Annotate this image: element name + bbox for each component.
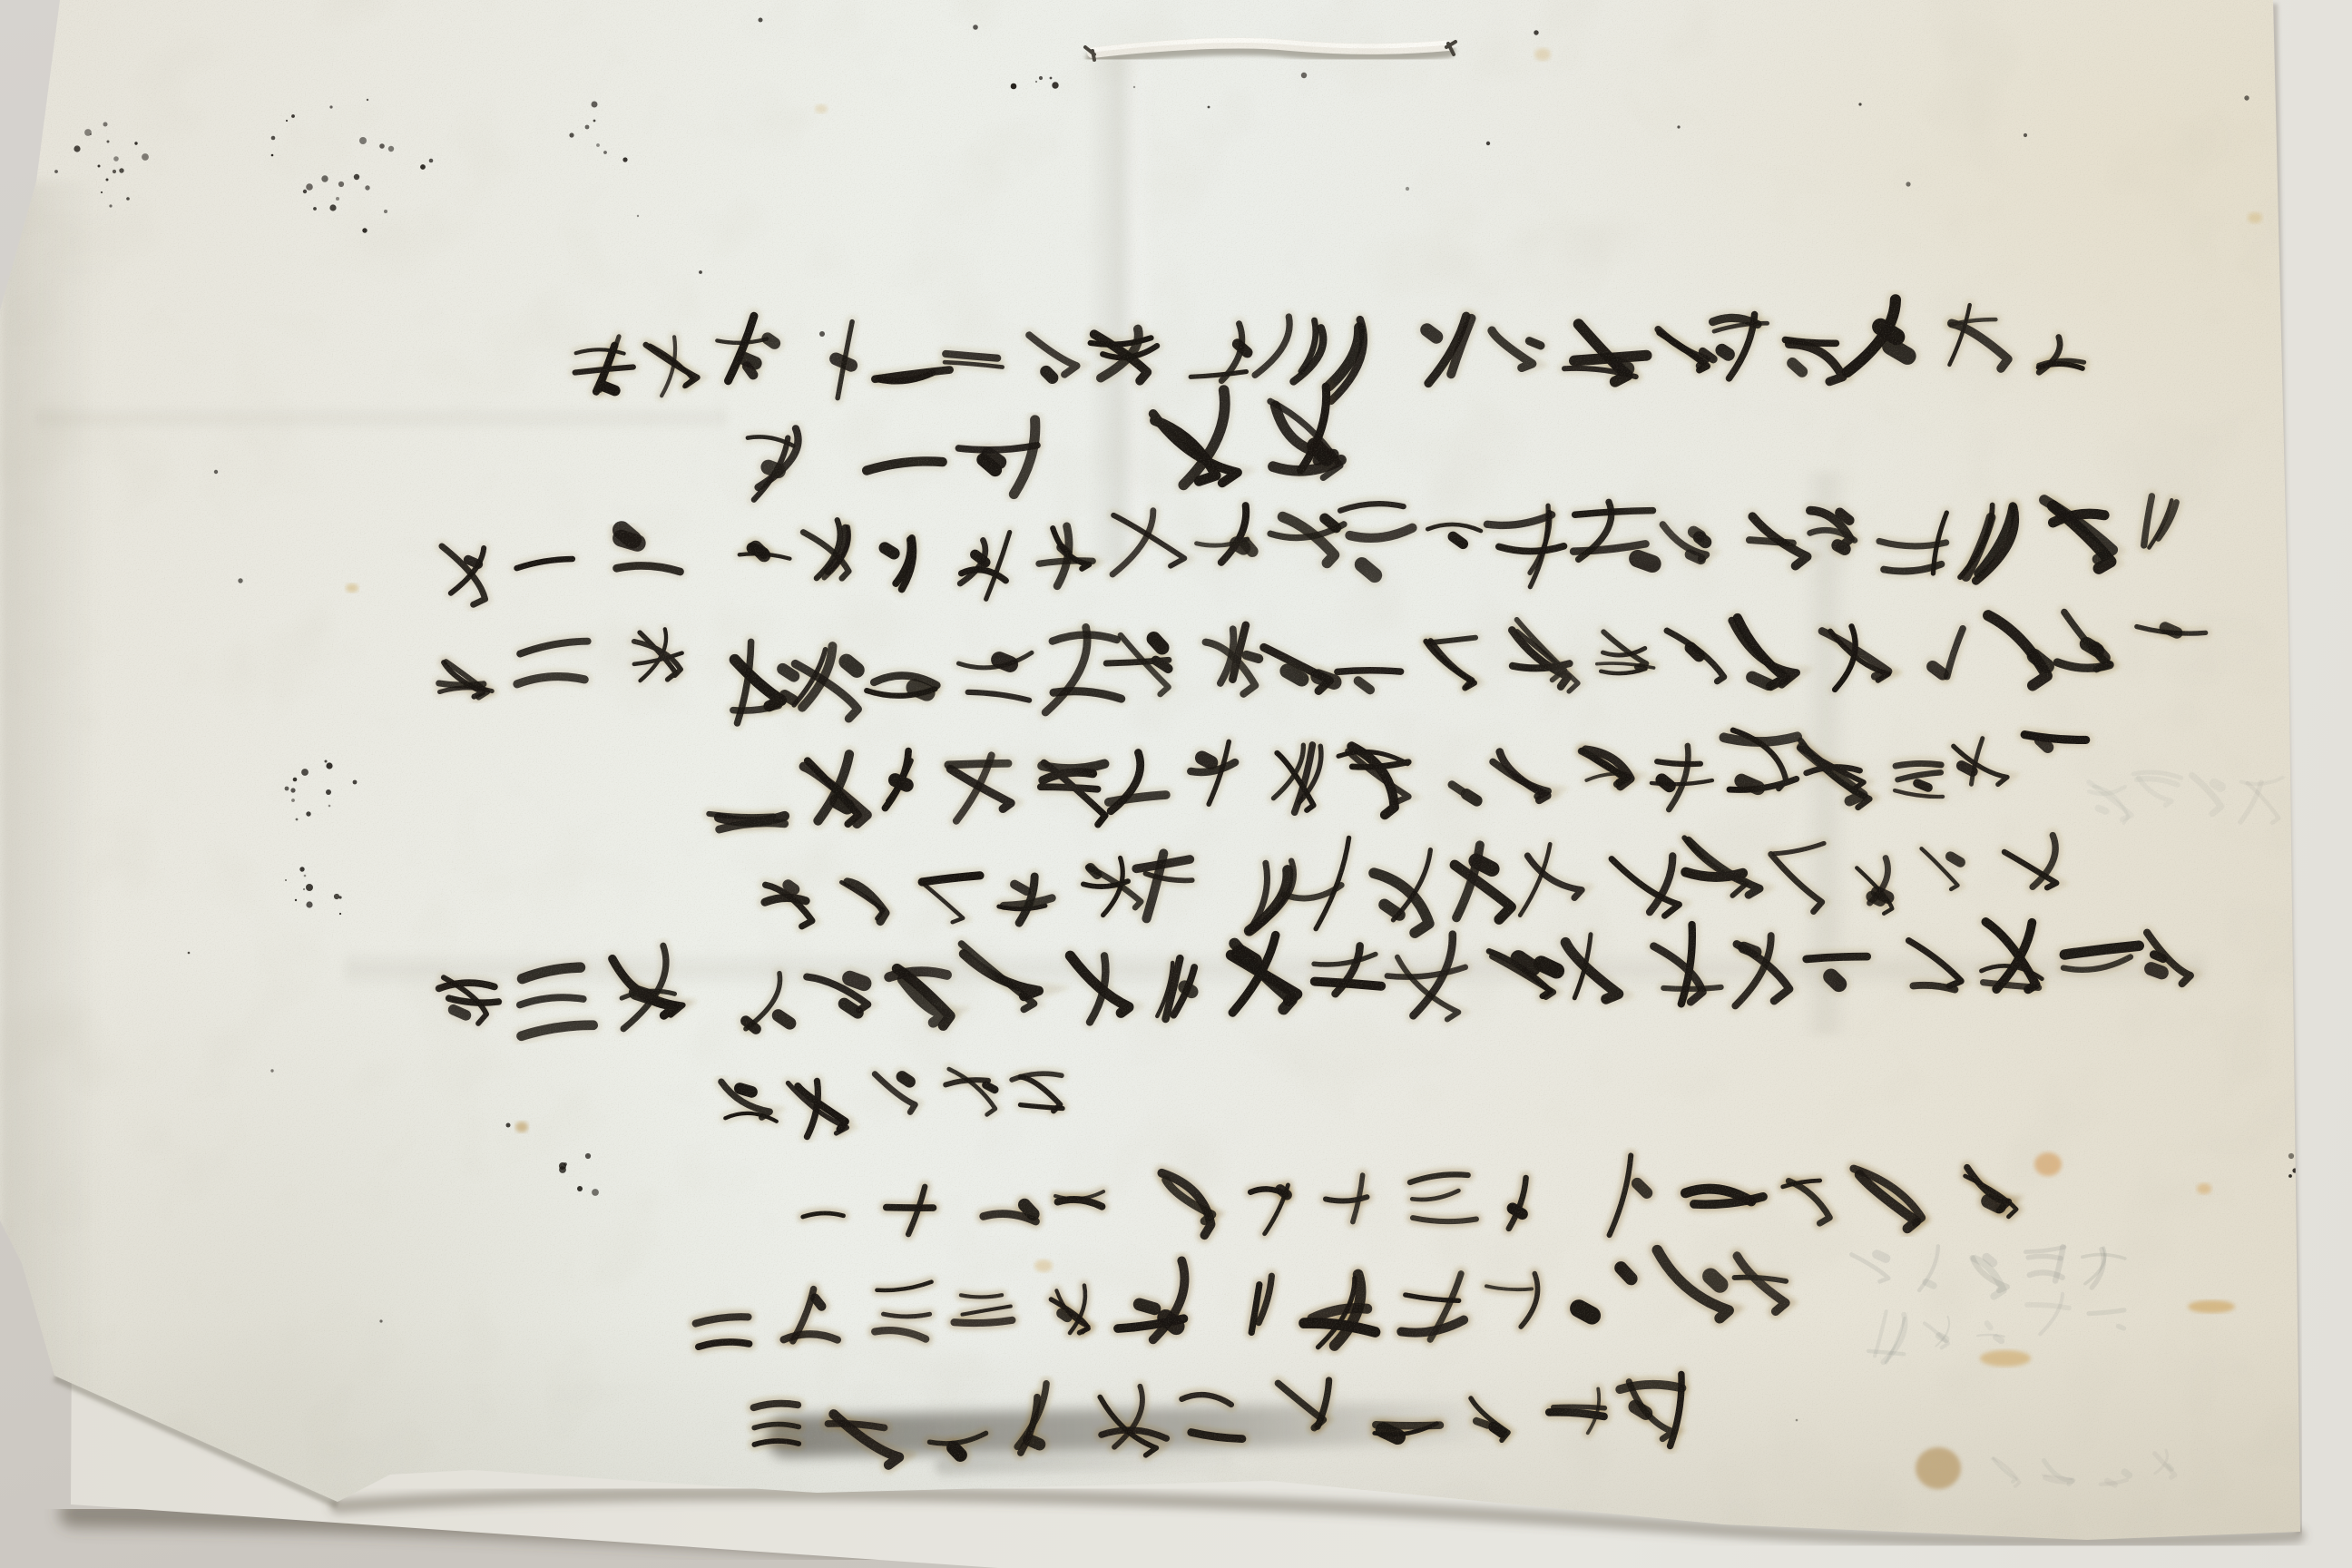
ink-speck-layer — [0, 0, 2352, 1568]
paper-sheet — [0, 0, 2352, 1568]
paper-binding-cord — [1082, 27, 1463, 82]
photo-of-document — [0, 0, 2352, 1568]
